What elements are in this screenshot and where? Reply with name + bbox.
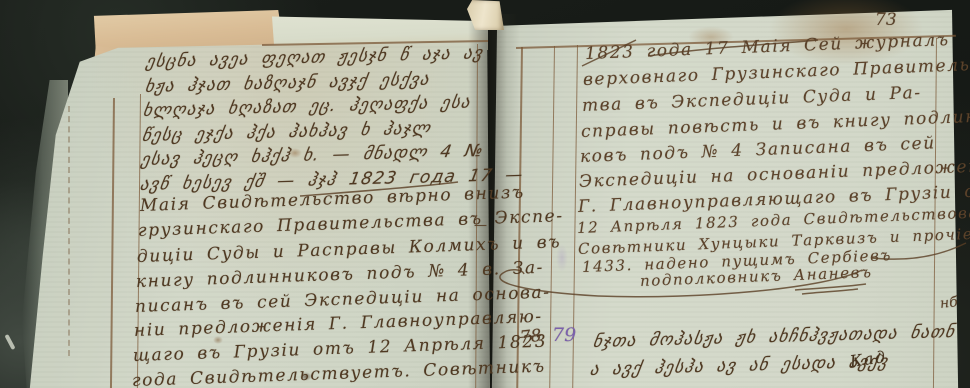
page-number: 73 [875,10,897,30]
catchword: нб [939,294,958,312]
torn-paper-speck [4,334,15,350]
left-stitch-line [68,106,70,356]
folio-number-new: 79 [552,324,576,346]
manuscript-scan: 73 78 79 нб — ესცნა ავეა ფეღათ ჟესჯნ წ ა… [0,0,970,388]
